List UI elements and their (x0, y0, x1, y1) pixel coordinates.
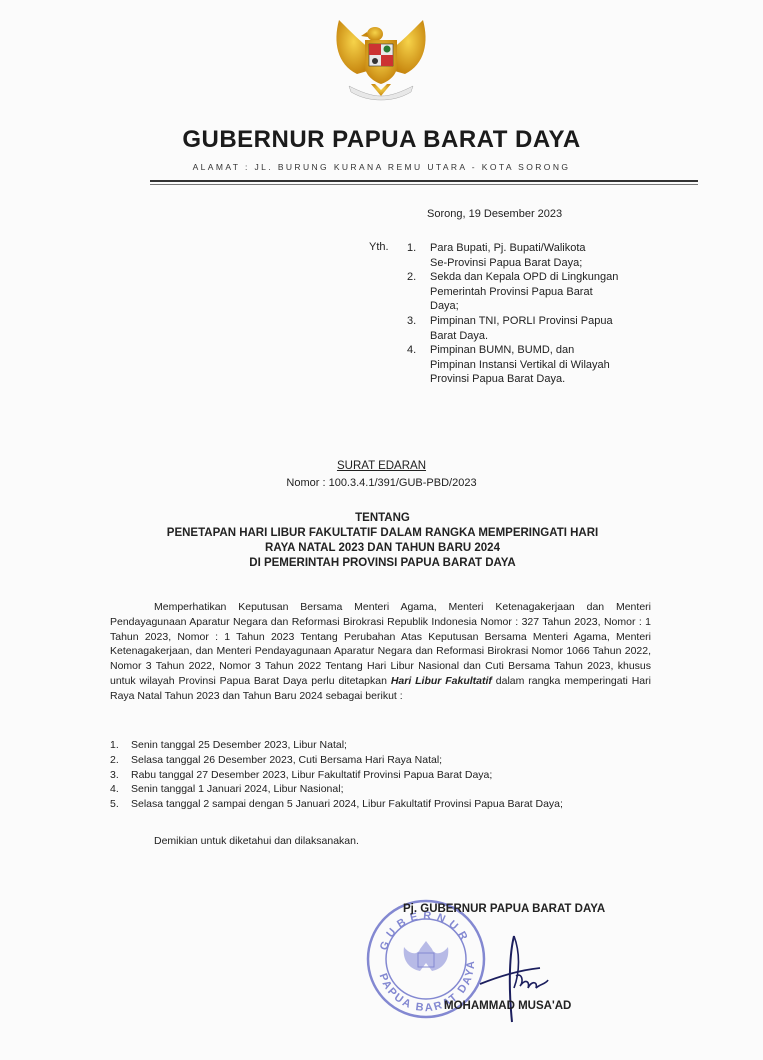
holiday-item: 2.Selasa tanggal 26 Desember 2023, Cuti … (110, 753, 655, 768)
circular-letter: GUBERNUR PAPUA BARAT DAYA ALAMAT : JL. B… (0, 0, 763, 1060)
holiday-item: 1.Senin tanggal 25 Desember 2023, Libur … (110, 738, 655, 753)
recipient-item: 4. Pimpinan BUMN, BUMD, dan Pimpinan Ins… (407, 343, 667, 387)
holiday-item: 4.Senin tanggal 1 Januari 2024, Libur Na… (110, 782, 655, 797)
holiday-item: 3.Rabu tanggal 27 Desember 2023, Libur F… (110, 768, 655, 783)
letterhead-title: GUBERNUR PAPUA BARAT DAYA (0, 126, 763, 154)
addressee-label: Yth. (369, 241, 389, 253)
circular-subject: TENTANG PENETAPAN HARI LIBUR FAKULTATIF … (110, 511, 655, 571)
letterhead-divider-thin (150, 184, 698, 185)
letterhead-divider (150, 180, 698, 182)
signatory-name: MOHAMMAD MUSA'AD (444, 1000, 571, 1012)
circular-number: Nomor : 100.3.4.1/391/GUB-PBD/2023 (0, 477, 763, 489)
holiday-item: 5.Selasa tanggal 2 sampai dengan 5 Janua… (110, 797, 655, 812)
circular-heading: SURAT EDARAN (0, 460, 763, 472)
recipient-item: 2. Sekda dan Kepala OPD di Lingkungan Pe… (407, 270, 667, 314)
holiday-list: 1.Senin tanggal 25 Desember 2023, Libur … (110, 738, 655, 812)
subject-label: TENTANG (110, 511, 655, 526)
emphasis-text: Hari Libur Fakultatif (391, 675, 492, 687)
recipient-item: 3. Pimpinan TNI, PORLI Provinsi Papua Ba… (407, 314, 667, 343)
body-paragraph: Memperhatikan Keputusan Bersama Menteri … (110, 600, 651, 704)
recipient-item: 1. Para Bupati, Pj. Bupati/Walikota Se-P… (407, 241, 667, 270)
garuda-emblem-icon (331, 12, 431, 116)
closing-statement: Demikian untuk diketahui dan dilaksanaka… (154, 835, 359, 847)
letter-date: Sorong, 19 Desember 2023 (427, 208, 562, 220)
signatory-title: Pj. GUBERNUR PAPUA BARAT DAYA (403, 903, 605, 915)
letterhead-address: ALAMAT : JL. BURUNG KURANA REMU UTARA - … (0, 162, 763, 172)
recipient-list: 1. Para Bupati, Pj. Bupati/Walikota Se-P… (407, 241, 667, 387)
